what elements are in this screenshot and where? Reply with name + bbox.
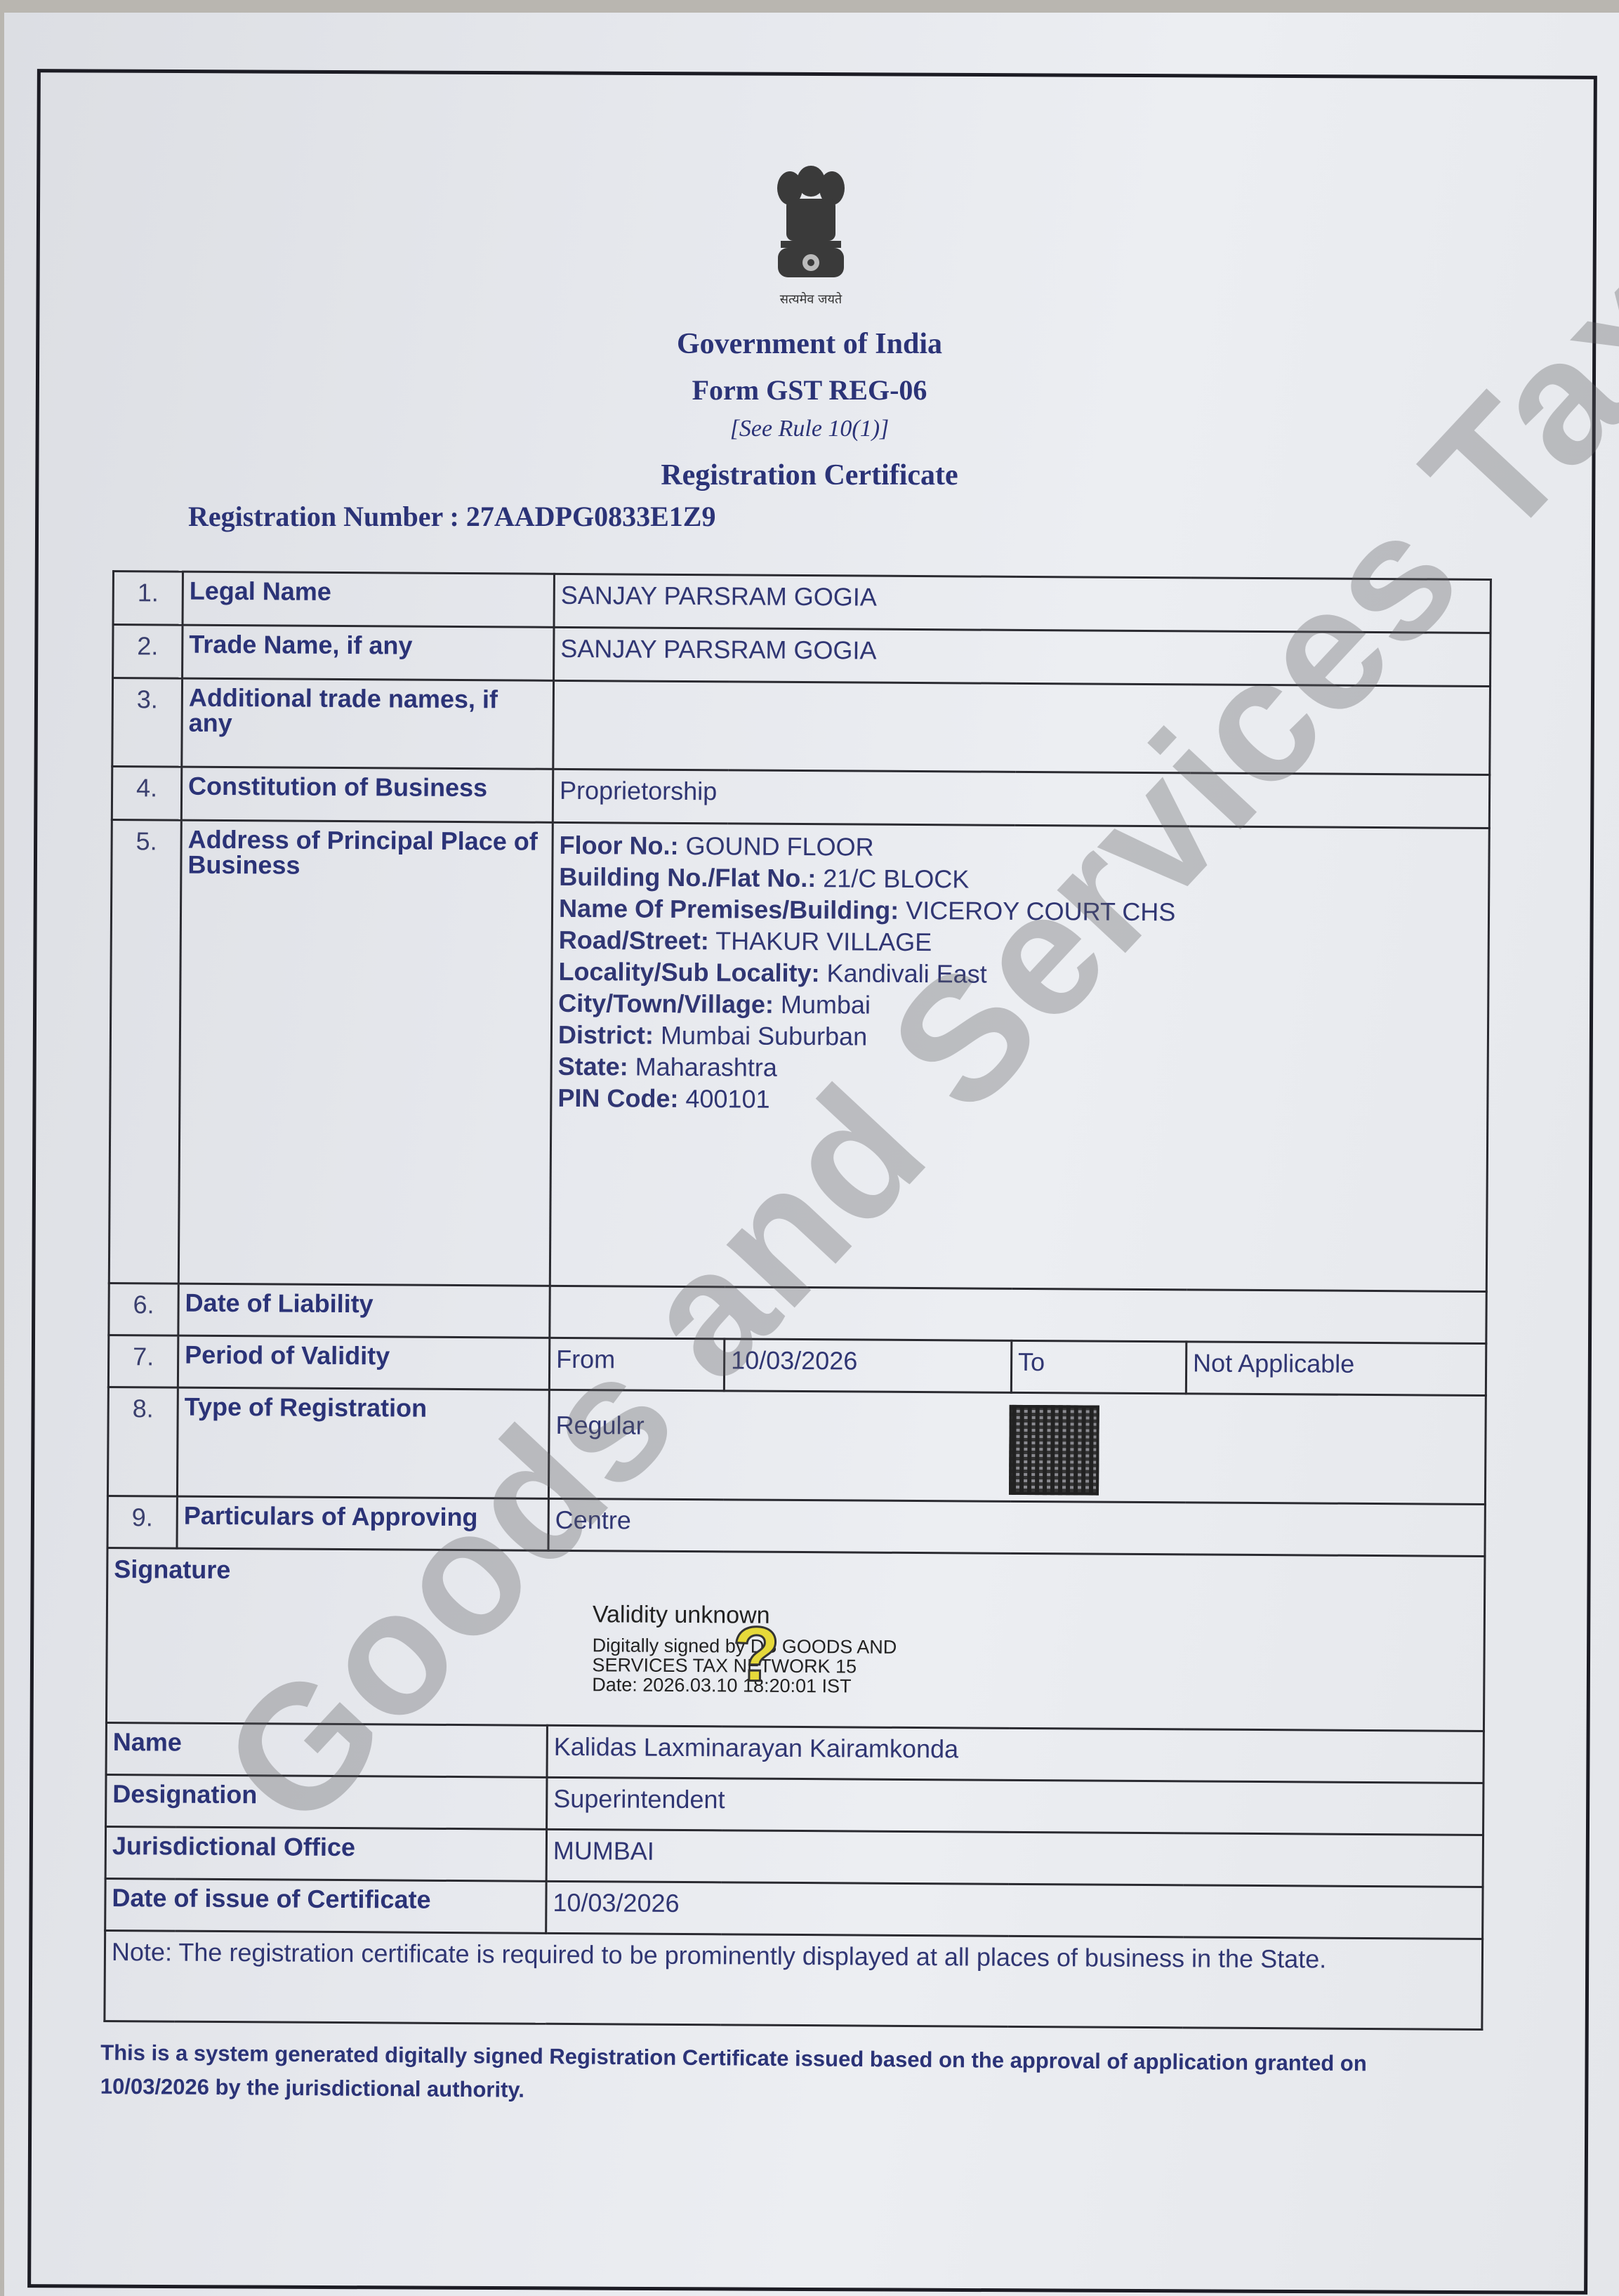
approving-authority-value: Centre: [548, 1498, 1485, 1556]
registration-number-value: 27AADPG0833E1Z9: [466, 501, 716, 532]
table-row: 7. Period of Validity From 10/03/2026 To…: [108, 1335, 1486, 1395]
form-number: Form GST REG-06: [0, 374, 1619, 407]
address-block: Floor No.: GOUND FLOOR Building No./Flat…: [550, 822, 1489, 1291]
date-of-liability-value: [550, 1286, 1486, 1343]
address-line: City/Town/Village: Mumbai: [558, 987, 1481, 1024]
national-emblem-icon: [765, 160, 857, 286]
address-line: Road/Street: THAKUR VILLAGE: [559, 924, 1482, 961]
row-label: Name: [106, 1722, 547, 1777]
table-row: 1. Legal Name SANJAY PARSRAM GOGIA: [113, 572, 1491, 633]
address-line: District: Mumbai Suburban: [558, 1019, 1481, 1056]
additional-trade-names-value: [553, 680, 1491, 774]
designation-value: Superintendent: [547, 1777, 1483, 1835]
table-row: 5. Address of Principal Place of Busines…: [109, 820, 1489, 1292]
table-row: Designation Superintendent: [106, 1774, 1483, 1835]
validity-from-date: 10/03/2026: [724, 1339, 1011, 1392]
address-line: Name Of Premises/Building: VICEROY COURT…: [559, 892, 1482, 930]
row-number: 8.: [107, 1387, 178, 1496]
row-number: 3.: [112, 678, 183, 767]
issue-date-value: 10/03/2026: [546, 1881, 1483, 1939]
registration-type-value: Regular: [555, 1411, 644, 1441]
table-row: 9. Particulars of Approving Centre: [107, 1496, 1485, 1556]
emblem-motto: सत्यमेव जयते: [765, 291, 857, 308]
display-note: Note: The registration certificate is re…: [105, 1930, 1483, 2029]
certificate-title: Registration Certificate: [0, 458, 1619, 492]
row-label: Constitution of Business: [181, 767, 553, 822]
table-row: Date of issue of Certificate 10/03/2026: [105, 1878, 1483, 1939]
row-label: Particulars of Approving: [177, 1496, 548, 1550]
qr-code: [1009, 1405, 1099, 1496]
validity-to-date: Not Applicable: [1186, 1342, 1486, 1396]
row-label: Legal Name: [183, 572, 554, 627]
certificate-table: 1. Legal Name SANJAY PARSRAM GOGIA 2. Tr…: [103, 570, 1492, 2031]
row-label: Period of Validity: [178, 1335, 549, 1390]
rule-reference: [See Rule 10(1)]: [0, 416, 1619, 442]
table-row: 8. Type of Registration Regular: [107, 1387, 1486, 1504]
signature-cell: Signature Validity unknown Digitally sig…: [106, 1548, 1484, 1731]
row-label: Address of Principal Place of Business: [178, 820, 553, 1286]
table-row: 4. Constitution of Business Proprietorsh…: [112, 767, 1489, 829]
table-row: 2. Trade Name, if any SANJAY PARSRAM GOG…: [113, 625, 1491, 687]
question-mark-icon: ?: [732, 1616, 780, 1693]
validity-from-label: From: [549, 1338, 724, 1391]
row-label: Date of issue of Certificate: [105, 1878, 546, 1933]
table-row: 6. Date of Liability: [109, 1283, 1486, 1343]
row-label: Jurisdictional Office: [105, 1826, 546, 1881]
address-line: Floor No.: GOUND FLOOR: [559, 829, 1482, 866]
row-label: Date of Liability: [178, 1284, 550, 1338]
validity-to-label: To: [1011, 1340, 1186, 1394]
constitution-value: Proprietorship: [553, 769, 1489, 828]
registration-type-cell: Regular: [548, 1390, 1486, 1504]
government-heading: Government of India: [0, 327, 1619, 361]
row-label: Type of Registration: [177, 1387, 549, 1498]
digital-signature[interactable]: Validity unknown Digitally signed by DS …: [592, 1601, 897, 1696]
address-line: State: Maharashtra: [558, 1050, 1481, 1088]
row-number: 6.: [109, 1283, 178, 1335]
row-number: 9.: [107, 1496, 177, 1548]
table-row: Name Kalidas Laxminarayan Kairamkonda: [106, 1722, 1483, 1783]
table-row: Jurisdictional Office MUMBAI: [105, 1826, 1483, 1887]
address-line: PIN Code: 400101: [557, 1082, 1481, 1119]
address-line: Building No./Flat No.: 21/C BLOCK: [559, 861, 1482, 898]
row-number: 1.: [113, 572, 183, 626]
table-row: 3. Additional trade names, if any: [112, 678, 1491, 775]
signature-label: Signature: [114, 1555, 230, 1584]
system-generated-footer: This is a system generated digitally sig…: [100, 2036, 1456, 2116]
trade-name-value: SANJAY PARSRAM GOGIA: [554, 627, 1491, 686]
row-label: Trade Name, if any: [183, 625, 554, 680]
row-number: 5.: [109, 820, 181, 1284]
signature-row: Signature Validity unknown Digitally sig…: [106, 1548, 1484, 1731]
registration-number-label: Registration Number :: [188, 501, 466, 532]
address-line: Locality/Sub Locality: Kandivali East: [558, 956, 1481, 993]
row-label: Additional trade names, if any: [182, 678, 554, 769]
registration-number: Registration Number : 27AADPG0833E1Z9: [188, 500, 715, 533]
row-number: 2.: [113, 625, 183, 679]
legal-name-value: SANJAY PARSRAM GOGIA: [554, 574, 1491, 633]
officer-name-value: Kalidas Laxminarayan Kairamkonda: [547, 1725, 1483, 1783]
row-number: 4.: [112, 767, 181, 821]
jurisdictional-office-value: MUMBAI: [546, 1829, 1483, 1887]
row-label: Designation: [106, 1774, 547, 1829]
note-row: Note: The registration certificate is re…: [105, 1930, 1483, 2029]
row-number: 7.: [108, 1335, 178, 1387]
